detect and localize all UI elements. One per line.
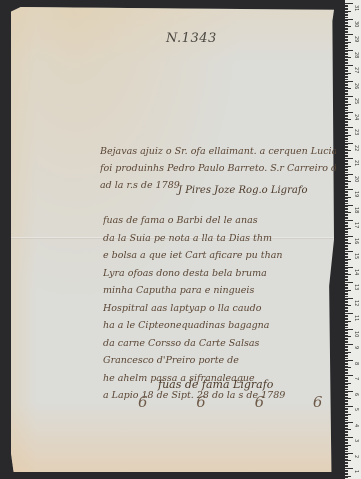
ruler-label: 18 xyxy=(353,207,359,213)
ruler-label: 31 xyxy=(353,5,359,11)
main-text-line: da carne Corsso da Carte Salsas xyxy=(103,335,333,353)
ruler-label: 6 xyxy=(353,393,359,396)
ruler-label: 8 xyxy=(353,362,359,365)
main-text-line: da la Suia pe nota a lla ta Dias thm xyxy=(103,230,333,248)
ruler-label: 11 xyxy=(353,315,359,321)
main-text-line: Grancesco d'Preiro porte de xyxy=(103,352,333,370)
signature-flourish: 6 6 6 6 xyxy=(138,393,344,411)
main-text-line: ha a le Cipteonequadinas bagagna xyxy=(103,317,333,335)
ruler-label: 21 xyxy=(353,160,359,166)
ruler-label: 30 xyxy=(353,21,359,27)
main-text-line: e bolsa a que iet Cart aficare pu than xyxy=(103,247,333,265)
ruler-label: 1 xyxy=(353,470,359,473)
ruler-label: 10 xyxy=(353,331,359,337)
ruler-label: 23 xyxy=(353,129,359,135)
measurement-ruler: 3130292827262524232221201918171615141312… xyxy=(345,0,361,479)
ruler-label: 7 xyxy=(353,377,359,380)
ruler-label: 2 xyxy=(353,455,359,458)
ruler-label: 25 xyxy=(353,98,359,104)
main-text: fuas de fama o Barbi del le anas da la S… xyxy=(103,212,333,405)
main-signature: fuas de fama Ligrafo xyxy=(158,378,273,391)
ruler-label: 28 xyxy=(353,52,359,58)
ruler-label: 19 xyxy=(353,191,359,197)
main-text-line: Hospitral aas laptyap o lla caudo xyxy=(103,300,333,318)
ruler-label: 4 xyxy=(353,424,359,427)
ruler-label: 15 xyxy=(353,253,359,259)
ruler-label: 20 xyxy=(353,176,359,182)
main-text-line: Lyra ofoas dono desta bela bruma xyxy=(103,265,333,283)
ruler-label: 27 xyxy=(353,67,359,73)
ruler-label: 9 xyxy=(353,346,359,349)
ruler-label: 14 xyxy=(353,269,359,275)
top-note-line: Bejavas ajuiz o Sr. ofa ellaimant. a cer… xyxy=(100,143,336,160)
ruler-label: 12 xyxy=(353,300,359,306)
main-text-line: fuas de fama o Barbi del le anas xyxy=(103,212,333,230)
reference-number: N.1343 xyxy=(166,31,217,46)
ruler-label: 3 xyxy=(353,439,359,442)
main-text-line: minha Caputha para e ningueis xyxy=(103,282,333,300)
ruler-label: 13 xyxy=(353,284,359,290)
ruler-label: 5 xyxy=(353,408,359,411)
ruler-label: 26 xyxy=(353,83,359,89)
top-note-line: foi produinhs Pedro Paulo Barreto. S.r C… xyxy=(100,160,336,177)
top-note-signature: J Pires Joze Rog.o Ligrafo xyxy=(178,185,308,196)
ruler-label: 29 xyxy=(353,36,359,42)
ruler-label: 24 xyxy=(353,114,359,120)
ruler-label: 22 xyxy=(353,145,359,151)
ruler-label: 17 xyxy=(353,222,359,228)
ruler-label: 16 xyxy=(353,238,359,244)
